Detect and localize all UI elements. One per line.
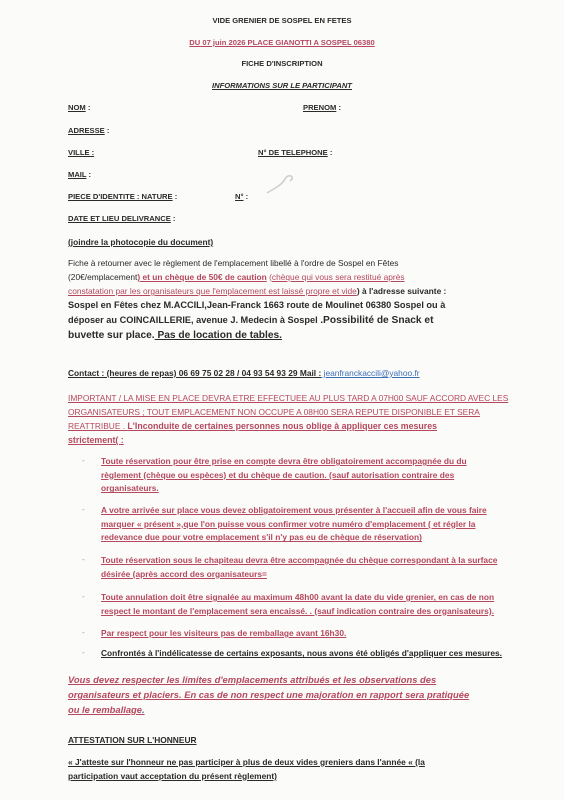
no-tables-note: Pas de location de tables.	[155, 330, 282, 341]
postal-address: Sospel en Fêtes chez M.ACCILI,Jean-Franc…	[68, 298, 548, 343]
document-title: VIDE GRENIER DE SOSPEL EN FETES	[0, 16, 564, 25]
snack-note: .Possibilité de Snack et	[320, 315, 433, 326]
attestation-line-1: « J'atteste sur l'honneur ne pas partici…	[68, 755, 538, 769]
rule-bullet: -	[82, 456, 85, 465]
event-date-place: DU 07 juin 2026 PLACE GIANOTTI A SOSPEL …	[0, 38, 564, 47]
important-line-1: IMPORTANT / LA MISE EN PLACE DEVRA ETRE …	[68, 391, 548, 405]
field-adresse-sep: :	[105, 126, 110, 135]
rule-line: A votre arrivée sur place vous devez obl…	[101, 504, 521, 518]
field-adresse[interactable]: ADRESSE :	[68, 126, 109, 135]
field-piece-label: PIECE D'IDENTITE : NATURE	[68, 192, 173, 201]
important-line-4: strictement( :	[68, 433, 548, 447]
field-mail-sep: :	[86, 170, 91, 179]
section-title: INFORMATIONS SUR LE PARTICIPANT	[0, 81, 564, 90]
field-prenom-label: PRENOM	[303, 103, 336, 112]
field-numero[interactable]: N° :	[235, 192, 248, 201]
contact-email-link[interactable]: jeanfranckaccili@yahoo.fr	[321, 368, 419, 378]
field-mail-label: MAIL	[68, 170, 86, 179]
field-adresse-label: ADRESSE	[68, 126, 105, 135]
field-date-lieu-label: DATE ET LIEU DELIVRANCE	[68, 214, 171, 223]
rule-line: redevance due pour votre emplacement s'i…	[101, 531, 521, 545]
field-date-lieu[interactable]: DATE ET LIEU DELIVRANCE :	[68, 214, 175, 223]
attestation-line-2: participation vaut acceptation du présen…	[68, 769, 538, 783]
return-line-2: (20€/emplacement) et un chèque de 50€ de…	[68, 270, 538, 284]
rule-bullet: -	[82, 555, 85, 564]
refund-note-2: constatation par les organisateurs que l…	[68, 286, 357, 296]
field-piece-identite[interactable]: PIECE D'IDENTITE : NATURE :	[68, 192, 177, 201]
rule-line: Toute réservation sous le chapiteau devr…	[101, 554, 521, 568]
field-piece-sep: :	[173, 192, 178, 201]
return-line-3: constatation par les organisateurs que l…	[68, 284, 538, 298]
form-title: FICHE D'INSCRIPTION	[0, 59, 564, 68]
warning-line-1: Vous devez respecter les limites d'empla…	[68, 672, 538, 687]
warning-paragraph: Vous devez respecter les limites d'empla…	[68, 672, 538, 717]
warning-line-2: organisateurs et placiers. En cas de non…	[68, 687, 538, 702]
field-mail[interactable]: MAIL :	[68, 170, 91, 179]
attach-document-note: (joindre la photocopie du document)	[68, 235, 528, 249]
rule-line: marquer « présent »,que l'on puisse vous…	[101, 518, 521, 532]
rule-item: Confrontés à l'indélicatesse de certains…	[101, 647, 521, 661]
rule-item: Toute réservation sous le chapiteau devr…	[101, 554, 521, 581]
scan-mark-icon	[265, 173, 297, 195]
rule-item: A votre arrivée sur place vous devez obl…	[101, 504, 521, 545]
address-intro: ) à l'adresse suivante :	[357, 286, 447, 296]
important-notice: IMPORTANT / LA MISE EN PLACE DEVRA ETRE …	[68, 391, 548, 447]
important-line-2: ORGANISATEURS ; TOUT EMPLACEMENT NON OCC…	[68, 405, 548, 419]
rule-line: désirée (après accord des organisateurs=	[101, 568, 521, 582]
field-telephone[interactable]: N° DE TELEPHONE :	[258, 148, 332, 157]
warning-line-3: ou le remballage	[68, 704, 142, 715]
deposit-text: ) et un chèque de 50€ de caution	[137, 272, 266, 282]
address-line-1: Sospel en Fêtes chez M.ACCILI,Jean-Franc…	[68, 298, 548, 313]
rule-line: règlement (chèque ou espèces) et du chèq…	[101, 469, 521, 483]
rule-line: Confrontés à l'indélicatesse de certains…	[101, 647, 521, 661]
rule-line: respect le montant de l'emplacement sera…	[101, 605, 521, 619]
field-nom-sep: :	[86, 103, 91, 112]
rule-line: organisateurs.	[101, 482, 521, 496]
rule-bullet: -	[82, 648, 85, 657]
warning-end: .	[142, 704, 145, 715]
rule-bullet: -	[82, 592, 85, 601]
attestation-title: ATTESTATION SUR L'HONNEUR	[68, 733, 528, 747]
rule-line: Par respect pour les visiteurs pas de re…	[101, 627, 521, 641]
attestation-statement: « J'atteste sur l'honneur ne pas partici…	[68, 755, 538, 783]
rule-line: Toute annulation doit être signalée au m…	[101, 591, 521, 605]
refund-note-1: chèque qui vous sera restitué après	[272, 272, 405, 282]
field-nom-label: NOM	[68, 103, 86, 112]
field-date-lieu-sep: :	[171, 214, 176, 223]
buvette-note: buvette sur place.	[68, 330, 155, 341]
rule-bullet: -	[82, 505, 85, 514]
field-prenom-sep: :	[336, 103, 341, 112]
rule-item: Toute annulation doit être signalée au m…	[101, 591, 521, 618]
field-prenom[interactable]: PRENOM :	[303, 103, 341, 112]
field-numero-label: N°	[235, 192, 244, 201]
contact-line: Contact : (heures de repas) 06 69 75 02 …	[68, 366, 548, 380]
field-telephone-label: N° DE TELEPHONE	[258, 148, 328, 157]
field-ville[interactable]: VILLE :	[68, 148, 94, 157]
field-telephone-sep: :	[328, 148, 333, 157]
field-numero-sep: :	[244, 192, 249, 201]
rule-item: Toute réservation pour être prise en com…	[101, 455, 521, 496]
important-line-3b: L'Inconduite de certaines personnes nous…	[127, 421, 437, 431]
contact-label: Contact : (heures de repas) 06 69 75 02 …	[68, 368, 321, 378]
return-line-1: Fiche à retourner avec le règlement de l…	[68, 256, 538, 270]
rule-bullet: -	[82, 628, 85, 637]
rule-line: Toute réservation pour être prise en com…	[101, 455, 521, 469]
important-line-3a: REATTRIBUE .	[68, 421, 127, 431]
fee-text: (20€/emplacement	[68, 272, 137, 282]
return-instructions: Fiche à retourner avec le règlement de l…	[68, 256, 538, 298]
rule-item: Par respect pour les visiteurs pas de re…	[101, 627, 521, 641]
field-nom[interactable]: NOM :	[68, 103, 90, 112]
address-line-2: déposer au COINCAILLERIE, avenue J. Mede…	[68, 315, 320, 325]
